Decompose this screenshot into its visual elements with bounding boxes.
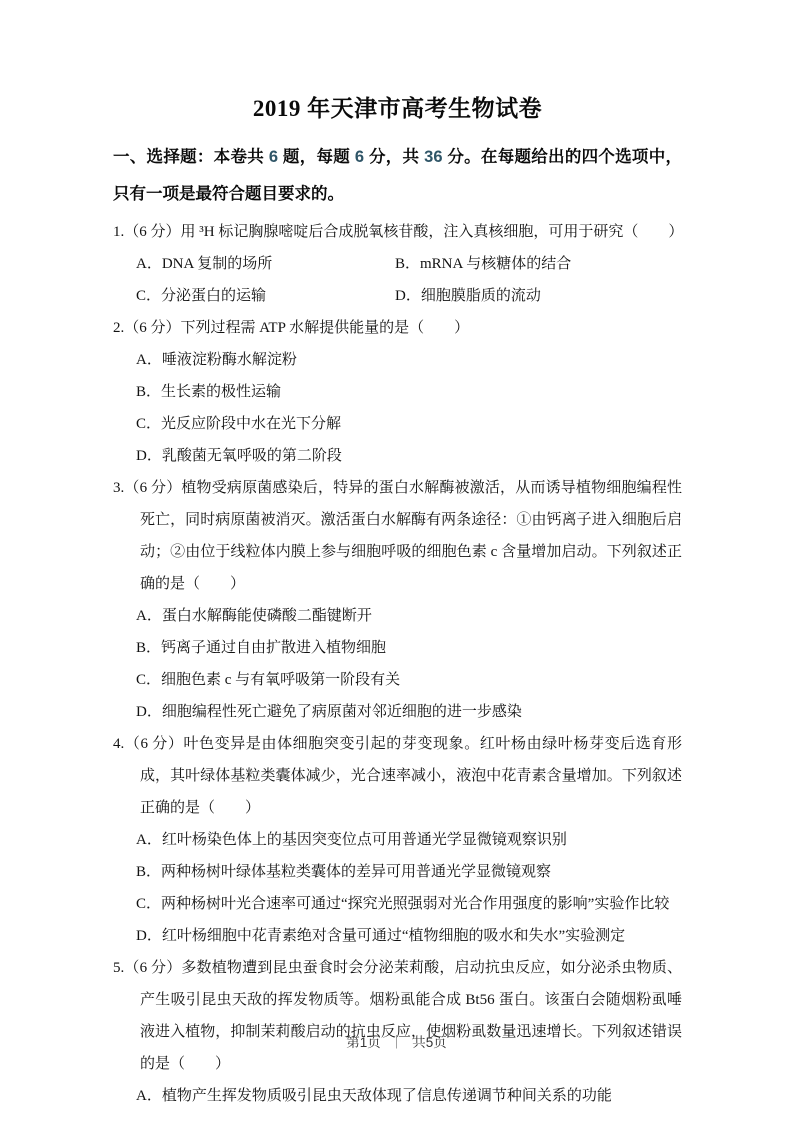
heading-text: 分，共: [364, 148, 424, 166]
page-title: 2019 年天津市高考生物试卷: [113, 0, 682, 124]
question-stem: 2.（6 分）下列过程需 ATP 水解提供能量的是（ ）: [113, 312, 682, 344]
question-stem: 5.（6 分）多数植物遭到昆虫蚕食时会分泌茉莉酸，启动抗虫反应，如分泌杀虫物质、…: [113, 952, 682, 1080]
option-item: D．细胞编程性死亡避免了病原菌对邻近细胞的进一步感染: [136, 696, 682, 728]
option-item: C．光反应阶段中水在光下分解: [136, 408, 682, 440]
option-item: B．生长素的极性运输: [136, 376, 682, 408]
question: 5.（6 分）多数植物遭到昆虫蚕食时会分泌茉莉酸，启动抗虫反应，如分泌杀虫物质、…: [113, 952, 682, 1112]
option-item: A．蛋白水解酶能使磷酸二酯键断开: [136, 600, 682, 632]
option-item: D．乳酸菌无氧呼吸的第二阶段: [136, 440, 682, 472]
question: 2.（6 分）下列过程需 ATP 水解提供能量的是（ ）A．唾液淀粉酶水解淀粉B…: [113, 312, 682, 472]
page-content: 2019 年天津市高考生物试卷 一、选择题：本卷共 6 题，每题 6 分，共 3…: [0, 0, 793, 1112]
option-item: A．红叶杨染色体上的基因突变位点可用普通光学显微镜观察识别: [136, 824, 682, 856]
heading-accent-number: 6: [355, 148, 364, 166]
option-item: B．mRNA 与核糖体的结合: [395, 248, 682, 280]
question-stem: 4.（6 分）叶色变异是由体细胞突变引起的芽变现象。红叶杨由绿叶杨芽变后选育形成…: [113, 728, 682, 824]
option-item: D．细胞膜脂质的流动: [395, 280, 682, 312]
option-item: B．钙离子通过自由扩散进入植物细胞: [136, 632, 682, 664]
option-item: A．植物产生挥发物质吸引昆虫天敌体现了信息传递调节种间关系的功能: [136, 1080, 682, 1112]
heading-accent-number: 36: [424, 148, 442, 166]
heading-text: 题，每题: [278, 148, 355, 166]
footer-page-number: 第1页: [346, 1035, 381, 1050]
section-heading: 一、选择题：本卷共 6 题，每题 6 分，共 36 分。在每题给出的四个选项中，…: [113, 139, 682, 213]
page-footer: 第1页｜共5页: [0, 1033, 793, 1053]
option-item: C．细胞色素 c 与有氧呼吸第一阶段有关: [136, 664, 682, 696]
options-list: A．蛋白水解酶能使磷酸二酯键断开B．钙离子通过自由扩散进入植物细胞C．细胞色素 …: [113, 600, 682, 728]
questions-list: 1.（6 分）用 ³H 标记胸腺嘧啶后合成脱氧核苷酸，注入真核细胞，可用于研究（…: [113, 216, 682, 1112]
question: 1.（6 分）用 ³H 标记胸腺嘧啶后合成脱氧核苷酸，注入真核细胞，可用于研究（…: [113, 216, 682, 312]
footer-separator: ｜: [390, 1033, 404, 1053]
footer-page-total: 共5页: [412, 1035, 447, 1050]
exam-page: 2019 年天津市高考生物试卷 一、选择题：本卷共 6 题，每题 6 分，共 3…: [0, 0, 793, 1122]
heading-accent-number: 6: [269, 148, 278, 166]
options-list: A．植物产生挥发物质吸引昆虫天敌体现了信息传递调节种间关系的功能: [113, 1080, 682, 1112]
option-item: A．DNA 复制的场所: [136, 248, 395, 280]
option-item: B．两种杨树叶绿体基粒类囊体的差异可用普通光学显微镜观察: [136, 856, 682, 888]
question: 4.（6 分）叶色变异是由体细胞突变引起的芽变现象。红叶杨由绿叶杨芽变后选育形成…: [113, 728, 682, 952]
option-item: A．唾液淀粉酶水解淀粉: [136, 344, 682, 376]
option-item: C．两种杨树叶光合速率可通过“探究光照强弱对光合作用强度的影响”实验作比较: [136, 888, 682, 920]
question-stem: 3.（6 分）植物受病原菌感染后，特异的蛋白水解酶被激活，从而诱导植物细胞编程性…: [113, 472, 682, 600]
options-list: A．唾液淀粉酶水解淀粉B．生长素的极性运输C．光反应阶段中水在光下分解D．乳酸菌…: [113, 344, 682, 472]
question: 3.（6 分）植物受病原菌感染后，特异的蛋白水解酶被激活，从而诱导植物细胞编程性…: [113, 472, 682, 728]
option-item: D．红叶杨细胞中花青素绝对含量可通过“植物细胞的吸水和失水”实验测定: [136, 920, 682, 952]
options-list: A．DNA 复制的场所B．mRNA 与核糖体的结合C．分泌蛋白的运输D．细胞膜脂…: [113, 248, 682, 312]
options-list: A．红叶杨染色体上的基因突变位点可用普通光学显微镜观察识别B．两种杨树叶绿体基粒…: [113, 824, 682, 952]
question-stem: 1.（6 分）用 ³H 标记胸腺嘧啶后合成脱氧核苷酸，注入真核细胞，可用于研究（…: [113, 216, 682, 248]
option-item: C．分泌蛋白的运输: [136, 280, 395, 312]
heading-text: 一、选择题：本卷共: [113, 148, 269, 166]
